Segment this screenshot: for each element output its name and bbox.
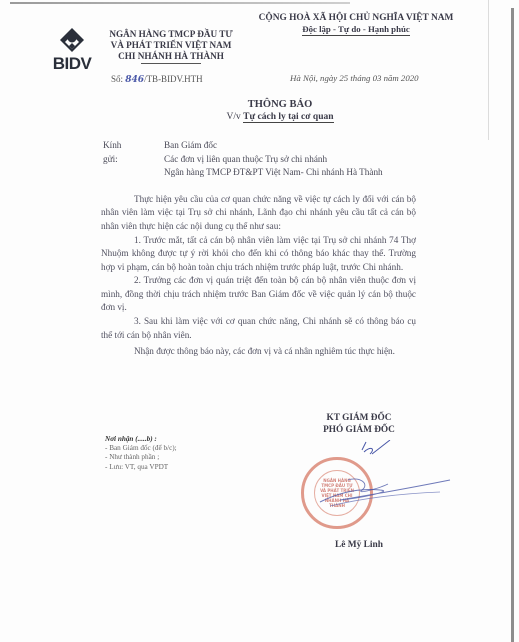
title-heading: THÔNG BÁO bbox=[150, 98, 410, 111]
page-top-edge bbox=[10, 2, 350, 4]
bidv-diamond-logo-icon bbox=[59, 27, 85, 53]
recipient-item: Ban Giám đốc bbox=[164, 139, 383, 153]
distribution-item: - Lưu: VT, qua VPDT bbox=[105, 463, 177, 472]
page-right-edge bbox=[511, 8, 514, 642]
title-subject: V/v Tự cách ly tại cơ quan bbox=[150, 111, 410, 123]
org-line-1: NGÂN HÀNG TMCP ĐẦU TƯ bbox=[96, 29, 246, 40]
body-paragraph-item-1: 1. Trước mắt, tất cả cán bộ nhân viên là… bbox=[101, 234, 416, 274]
recipients-label: Kính gửi: bbox=[103, 139, 121, 166]
bidv-brand-text: BIDV bbox=[50, 55, 94, 73]
distribution-item: - Như thành phần ; bbox=[105, 453, 177, 462]
distribution-item: - Ban Giám đốc (để b/c); bbox=[105, 444, 177, 453]
bidv-logo: BIDV bbox=[50, 27, 94, 73]
recipient-item: Ngân hàng TMCP ĐT&PT Việt Nam- Chi nhánh… bbox=[164, 166, 383, 180]
signature-title-1: KT GIÁM ĐỐC bbox=[304, 412, 414, 424]
document-number: Số: 846/TB-BIDV.HTH bbox=[111, 74, 203, 85]
distribution-list: Nơi nhận (.....b) : - Ban Giám đốc (để b… bbox=[105, 435, 177, 472]
signer-name: Lê Mỹ Linh bbox=[304, 540, 414, 550]
org-line-2: VÀ PHÁT TRIỂN VIỆT NAM bbox=[96, 40, 246, 51]
handwritten-signature-icon bbox=[300, 440, 460, 530]
signature-title-2: PHÓ GIÁM ĐỐC bbox=[304, 424, 414, 436]
recipient-item: Các đơn vị liên quan thuộc Trụ sở chi nh… bbox=[164, 153, 383, 167]
nation-name: CỘNG HOÀ XÃ HỘI CHỦ NGHĨA VIỆT NAM bbox=[246, 12, 466, 24]
org-underline bbox=[141, 63, 201, 64]
national-motto: Độc lập - Tự do - Hạnh phúc bbox=[246, 24, 466, 35]
body-paragraph-item-3: 3. Sau khi làm việc với cơ quan chức năn… bbox=[101, 315, 416, 342]
body-paragraph-closing: Nhận được thông báo này, các đơn vị và c… bbox=[101, 345, 416, 358]
document-body: Thực hiện yêu cầu của cơ quan chức năng … bbox=[101, 193, 416, 359]
national-header: CỘNG HOÀ XÃ HỘI CHỦ NGHĨA VIỆT NAM Độc l… bbox=[246, 12, 466, 35]
recipients-list: Ban Giám đốc Các đơn vị liên quan thuộc … bbox=[164, 139, 383, 180]
document-title: THÔNG BÁO V/v Tự cách ly tại cơ quan bbox=[150, 98, 410, 123]
handwritten-number: 846 bbox=[125, 75, 144, 85]
fold-line bbox=[488, 0, 489, 140]
date-line: Hà Nội, ngày 25 tháng 03 năm 2020 bbox=[290, 73, 419, 83]
org-line-3: CHI NHÁNH HÀ THÀNH bbox=[96, 51, 246, 62]
signature-block: KT GIÁM ĐỐC PHÓ GIÁM ĐỐC bbox=[304, 412, 414, 436]
body-paragraph-item-2: 2. Trưởng các đơn vị quán triệt đến toàn… bbox=[101, 274, 416, 314]
issuing-organization: NGÂN HÀNG TMCP ĐẦU TƯ VÀ PHÁT TRIỂN VIỆT… bbox=[96, 29, 246, 64]
distribution-heading: Nơi nhận (.....b) : bbox=[105, 435, 177, 444]
body-paragraph-intro: Thực hiện yêu cầu của cơ quan chức năng … bbox=[101, 193, 416, 233]
